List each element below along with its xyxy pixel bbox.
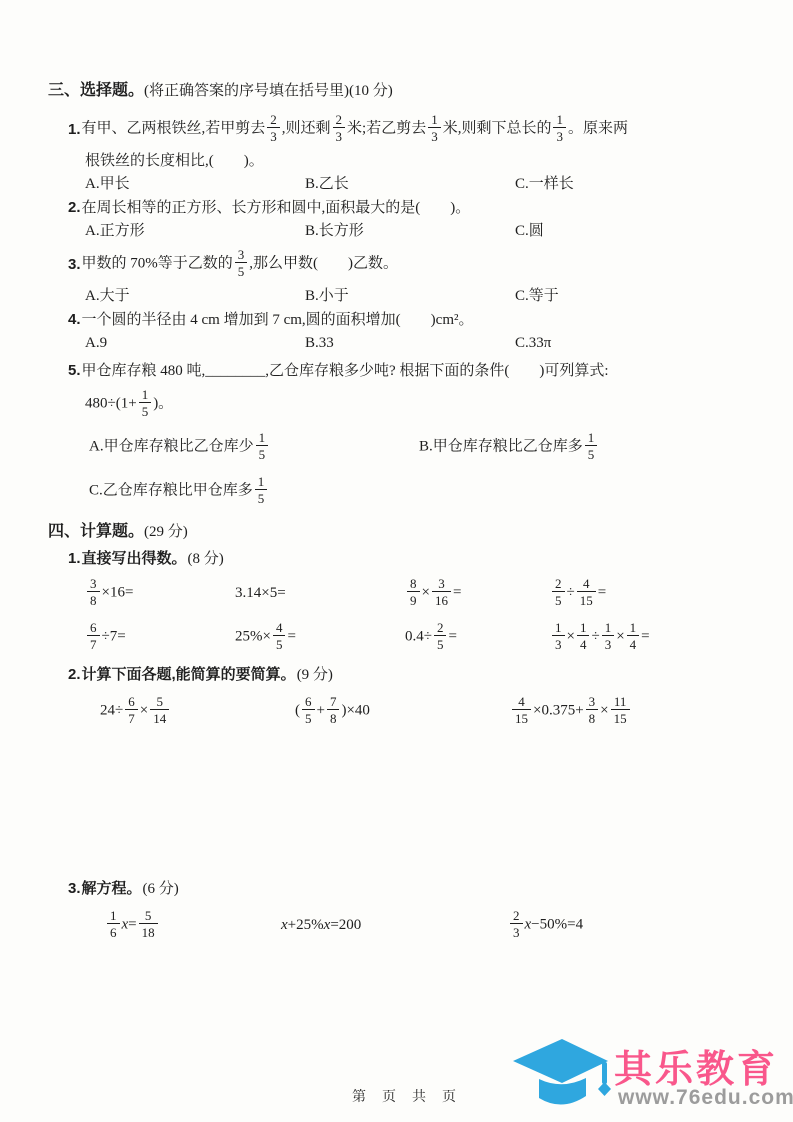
question-1-line-1: 1.有甲、乙两根铁丝,若甲剪去23,则还剩23米;若乙剪去13米,则剩下总长的1… xyxy=(0,108,793,150)
option-a: A.甲仓库存粮比乙仓库少15 xyxy=(89,431,419,463)
question-1-options: A.甲长 B.乙长 C.一样长 xyxy=(0,173,793,196)
option-b: B.小于 xyxy=(305,285,515,308)
subsection-2-note: (9 分) xyxy=(297,667,333,683)
option-b: B.乙长 xyxy=(305,173,515,196)
publisher-logo: 其乐教育 www.76edu.com xyxy=(506,1030,793,1122)
question-2-number: 2. xyxy=(68,199,81,216)
question-4-number: 4. xyxy=(68,311,81,328)
math-expression: 67÷7= xyxy=(85,621,235,653)
option-a: A.9 xyxy=(85,332,305,355)
option-b: B.甲仓库存粮比乙仓库多15 xyxy=(419,431,793,463)
subsection-1-note: (8 分) xyxy=(188,551,224,567)
option-c: C.等于 xyxy=(515,285,793,308)
question-5-option-c: C.乙仓库存粮比甲仓库多15 xyxy=(0,469,793,513)
work-area xyxy=(0,735,793,877)
math-expression: 0.4÷25= xyxy=(405,621,550,653)
question-3-line-1: 3.甲数的 70%等于乙数的35,那么甲数( )乙数。 xyxy=(0,243,793,285)
question-4-text: 一个圆的半径由 4 cm 增加到 7 cm,圆的面积增加( )cm²。 xyxy=(82,312,474,328)
question-5-line-1: 5.甲仓库存粮 480 吨,________,乙仓库存粮多少吨? 根据下面的条件… xyxy=(0,359,793,383)
section-four-title: 四、计算题。 xyxy=(48,523,144,540)
question-3-options: A.大于 B.小于 C.等于 xyxy=(0,285,793,308)
math-equation: x+25%x=200 xyxy=(281,917,508,934)
paper-content: 三、选择题。(将正确答案的序号填在括号里)(10 分) 1.有甲、乙两根铁丝,若… xyxy=(0,0,793,949)
math-expression: 25÷415= xyxy=(550,577,793,609)
question-5-text: 甲仓库存粮 480 吨,________,乙仓库存粮多少吨? 根据下面的条件( … xyxy=(82,363,609,379)
subsection-3-title: 解方程。 xyxy=(82,880,142,897)
question-1-text: 有甲、乙两根铁丝,若甲剪去23,则还剩23米;若乙剪去13米,则剩下总长的13。… xyxy=(82,113,628,145)
question-3-text: 甲数的 70%等于乙数的35,那么甲数( )乙数。 xyxy=(82,248,399,280)
section-three-note: (将正确答案的序号填在括号里)(10 分) xyxy=(144,83,393,99)
math-expression: 38×16= xyxy=(85,577,235,609)
section-three-title: 三、选择题。 xyxy=(48,82,144,99)
question-5-expression: 480÷(1+15)。 xyxy=(0,383,793,425)
section-three-heading: 三、选择题。(将正确答案的序号填在括号里)(10 分) xyxy=(0,78,793,104)
option-c: C.圆 xyxy=(515,220,793,243)
mental-math-row-1: 38×16= 3.14×5= 89×316= 25÷415= xyxy=(0,571,793,615)
equations-row: 16x=518 x+25%x=200 23x−50%=4 xyxy=(0,901,793,949)
math-expression: 25%×45= xyxy=(235,621,405,653)
question-4-line-1: 4.一个圆的半径由 4 cm 增加到 7 cm,圆的面积增加( )cm²。 xyxy=(0,308,793,332)
logo-website-url: www.76edu.com xyxy=(618,1086,792,1110)
option-b: B.33 xyxy=(305,332,515,355)
math-expression: 415×0.375+38×1115 xyxy=(510,695,793,727)
math-equation: 23x−50%=4 xyxy=(508,909,793,941)
mental-math-row-2: 67÷7= 25%×45= 0.4÷25= 13×14÷13×14= xyxy=(0,615,793,659)
simplify-expressions-row: 24÷67×514 (65+78)×40 415×0.375+38×1115 xyxy=(0,687,793,735)
math-expression: (65+78)×40 xyxy=(295,695,510,727)
question-1-line-2: 根铁丝的长度相比,( )。 xyxy=(0,150,793,173)
math-expression: 13×14÷13×14= xyxy=(550,621,793,653)
question-5-number: 5. xyxy=(68,362,81,379)
question-3-number: 3. xyxy=(68,253,81,276)
subsection-1-title: 直接写出得数。 xyxy=(82,550,187,567)
option-c: C.乙仓库存粮比甲仓库多15 xyxy=(89,475,269,507)
subsection-3-heading: 3.解方程。(6 分) xyxy=(0,877,793,901)
question-2-line-1: 2.在周长相等的正方形、长方形和圆中,面积最大的是( )。 xyxy=(0,196,793,220)
math-expression: 3.14×5= xyxy=(235,585,405,602)
subsection-1-heading: 1.直接写出得数。(8 分) xyxy=(0,547,793,571)
math-expression: 24÷67×514 xyxy=(100,695,295,727)
logo-brand-text: 其乐教育 xyxy=(614,1038,792,1093)
question-4-options: A.9 B.33 C.33π xyxy=(0,332,793,355)
math-equation: 16x=518 xyxy=(105,909,281,941)
section-four-heading: 四、计算题。(29 分) xyxy=(0,519,793,545)
question-2-options: A.正方形 B.长方形 C.圆 xyxy=(0,220,793,243)
question-5-options-ab: A.甲仓库存粮比乙仓库少15 B.甲仓库存粮比乙仓库多15 xyxy=(0,425,793,469)
question-2-text: 在周长相等的正方形、长方形和圆中,面积最大的是( )。 xyxy=(82,200,471,216)
subsection-3-note: (6 分) xyxy=(143,881,179,897)
option-c: C.一样长 xyxy=(515,173,793,196)
option-a: A.正方形 xyxy=(85,220,305,243)
page-number-label: 第 页 共 页 xyxy=(352,1086,457,1106)
option-a: A.甲长 xyxy=(85,173,305,196)
graduation-cap-icon xyxy=(510,1036,614,1116)
subsection-2-heading: 2.计算下面各题,能简算的要简算。(9 分) xyxy=(0,663,793,687)
option-c: C.33π xyxy=(515,332,793,355)
section-four-note: (29 分) xyxy=(144,524,188,540)
subsection-2-title: 计算下面各题,能简算的要简算。 xyxy=(82,666,296,683)
question-1-number: 1. xyxy=(68,118,81,141)
option-b: B.长方形 xyxy=(305,220,515,243)
math-expression: 89×316= xyxy=(405,577,550,609)
option-a: A.大于 xyxy=(85,285,305,308)
exam-paper-page: 三、选择题。(将正确答案的序号填在括号里)(10 分) 1.有甲、乙两根铁丝,若… xyxy=(0,0,793,1122)
